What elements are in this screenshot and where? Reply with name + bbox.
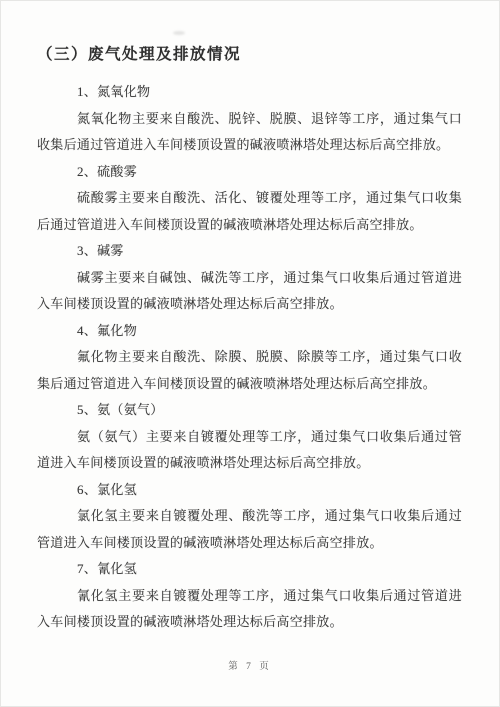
section-body: 氮氧化物主要来自酸洗、脱锌、脱膜、退锌等工序，通过集气口收集后通过管道进入车间楼… [37,106,462,159]
section-alkali-mist: 3、碱雾 碱雾主要来自碱蚀、碱洗等工序，通过集气口收集后通过管道进入车间楼顶设置… [37,238,462,318]
section-body: 硫酸雾主要来自酸洗、活化、镀覆处理等工序，通过集气口收集后通过管道进入车间楼顶设… [37,185,462,238]
section-hydrogen-cyanide: 7、氰化氢 氰化氢主要来自镀覆处理等工序，通过集气口收集后通过管道进入车间楼顶设… [37,556,462,636]
scan-artifact [173,31,185,35]
section-body: 碱雾主要来自碱蚀、碱洗等工序，通过集气口收集后通过管道进入车间楼顶设置的碱液喷淋… [37,265,462,318]
section-body: 氰化氢主要来自镀覆处理等工序，通过集气口收集后通过管道进入车间楼顶设置的碱液喷淋… [37,583,462,636]
page-footer: 第 7 页 [1,658,499,672]
section-heading: 7、氰化氢 [37,556,462,583]
section-body: 氨（氨气）主要来自镀覆处理等工序，通过集气口收集后通过管道进入车间楼顶设置的碱液… [37,424,462,477]
document-page: （三）废气处理及排放情况 1、氮氧化物 氮氧化物主要来自酸洗、脱锌、脱膜、退锌等… [0,0,500,707]
section-heading: 2、硫酸雾 [37,159,462,186]
document-content: （三）废气处理及排放情况 1、氮氧化物 氮氧化物主要来自酸洗、脱锌、脱膜、退锌等… [37,43,462,636]
section-heading: 3、碱雾 [37,238,462,265]
section-fluorides: 4、氟化物 氟化物主要来自酸洗、除膜、脱膜、除膜等工序，通过集气口收集后通过管道… [37,318,462,398]
section-heading: 5、氨（氨气） [37,397,462,424]
section-ammonia: 5、氨（氨气） 氨（氨气）主要来自镀覆处理等工序，通过集气口收集后通过管道进入车… [37,397,462,477]
section-nitrogen-oxides: 1、氮氧化物 氮氧化物主要来自酸洗、脱锌、脱膜、退锌等工序，通过集气口收集后通过… [37,79,462,159]
section-sulfuric-acid-mist: 2、硫酸雾 硫酸雾主要来自酸洗、活化、镀覆处理等工序，通过集气口收集后通过管道进… [37,159,462,239]
page-title: （三）废气处理及排放情况 [37,43,462,67]
section-heading: 6、氯化氢 [37,477,462,504]
section-body: 氯化氢主要来自镀覆处理、酸洗等工序，通过集气口收集后通过管道进入车间楼顶设置的碱… [37,503,462,556]
section-hydrogen-chloride: 6、氯化氢 氯化氢主要来自镀覆处理、酸洗等工序，通过集气口收集后通过管道进入车间… [37,477,462,557]
section-heading: 1、氮氧化物 [37,79,462,106]
section-heading: 4、氟化物 [37,318,462,345]
section-body: 氟化物主要来自酸洗、除膜、脱膜、除膜等工序，通过集气口收集后通过管道进入车间楼顶… [37,344,462,397]
